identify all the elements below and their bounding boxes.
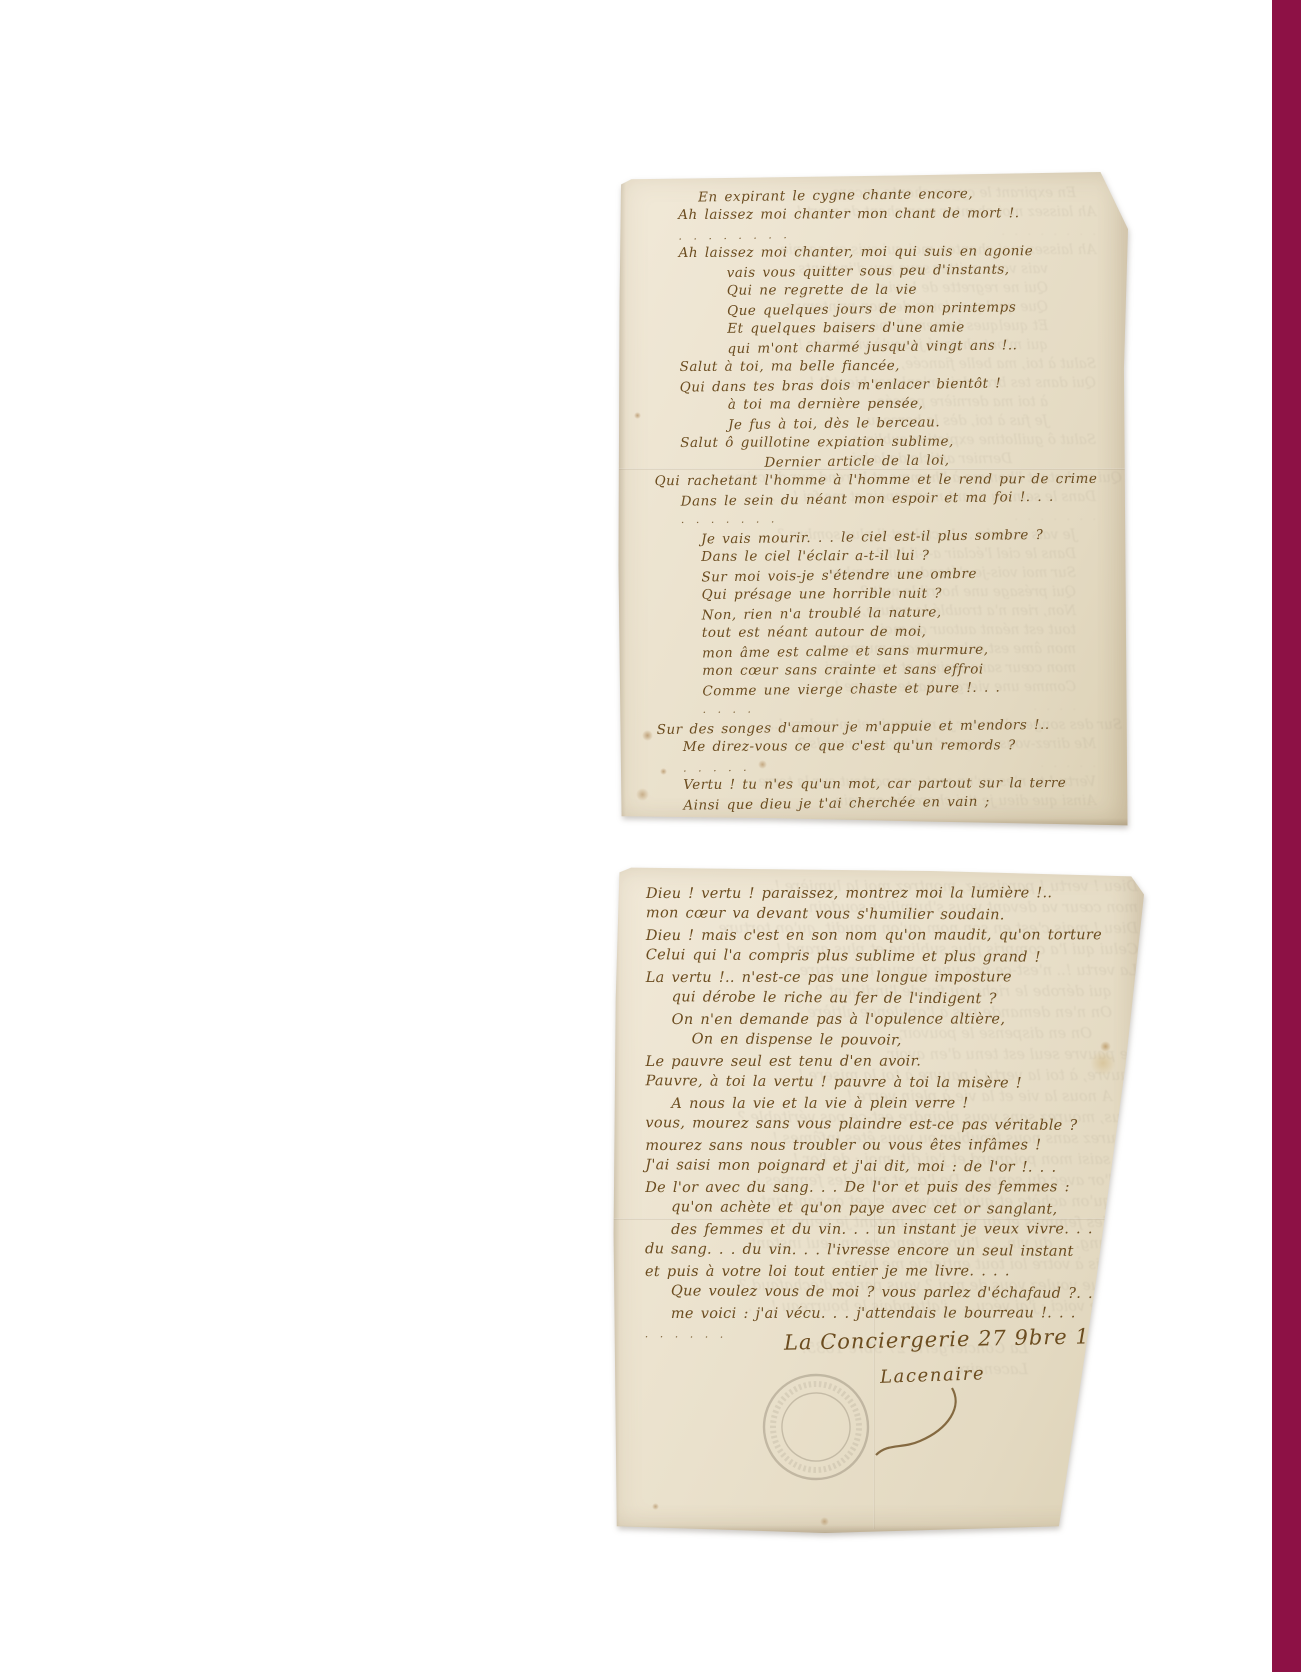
paper-sheet: Dieu ! vertu ! paraissez, montrez moi la…	[612, 865, 1144, 1535]
catalog-photo-canvas: En expirant le cygne chante encore,Ah la…	[0, 0, 1301, 1672]
foxing-spot	[820, 1517, 829, 1526]
manuscript-line: Pauvre, à toi la vertu ! pauvre à toi la…	[645, 1071, 1105, 1095]
handwritten-text-block: En expirant le cygne chante encore,Ah la…	[652, 184, 1100, 815]
manuscript-leaf-1: En expirant le cygne chante encore,Ah la…	[618, 172, 1128, 828]
foxing-spot	[652, 1503, 659, 1510]
paper-sheet: En expirant le cygne chante encore,Ah la…	[618, 172, 1128, 828]
manuscript-leaf-2: Dieu ! vertu ! paraissez, montrez moi la…	[612, 865, 1144, 1535]
signature-flourish	[868, 1385, 964, 1459]
manuscript-line: On n'en demande pas à l'opulence altière…	[672, 1009, 1106, 1031]
foxing-spot	[634, 412, 641, 419]
prison-stamp-icon	[750, 1361, 883, 1494]
manuscript-line: A nous la vie et la vie à plein verre !	[671, 1093, 1105, 1115]
manuscript-line: des femmes et du vin. . . un instant je …	[671, 1219, 1105, 1241]
manuscript-line: La vertu !.. n'est-ce pas une longue imp…	[646, 967, 1106, 989]
manuscript-line: De l'or avec du sang. . . De l'or et pui…	[645, 1177, 1105, 1199]
manuscript-line: Le pauvre seul est tenu d'en avoir.	[646, 1051, 1106, 1073]
manuscript-line: qui dérobe le riche au fer de l'indigent…	[672, 987, 1106, 1011]
manuscript-line: vous, mourez sans vous plaindre est-ce p…	[645, 1113, 1105, 1137]
manuscript-line: Ainsi que dieu je t'ai cherchée en vain …	[683, 791, 1100, 815]
manuscript-line: Que voulez vous de moi ? vous parlez d'é…	[671, 1281, 1105, 1305]
manuscript-line: On en dispense le pouvoir,	[692, 1029, 1106, 1053]
manuscript-line: du sang. . . du vin. . . l'ivresse encor…	[645, 1239, 1105, 1263]
manuscript-line: mon cœur va devant vous s'humilier souda…	[646, 903, 1106, 927]
manuscript-line: et puis à votre loi tout entier je me li…	[645, 1261, 1105, 1283]
foxing-spot	[636, 788, 649, 801]
foxing-spot	[642, 730, 653, 741]
accent-bar	[1272, 0, 1301, 1672]
manuscript-line: J'ai saisi mon poignard et j'ai dit, moi…	[645, 1155, 1105, 1179]
manuscript-line: mourez sans nous troubler ou vous êtes i…	[645, 1135, 1105, 1157]
manuscript-line: me voici : j'ai vécu. . . j'attendais le…	[671, 1303, 1105, 1325]
manuscript-line: Celui qui l'a compris plus sublime et pl…	[646, 945, 1106, 969]
foxing-spot	[1112, 1183, 1120, 1191]
handwritten-text-block: Dieu ! vertu ! paraissez, montrez moi la…	[645, 883, 1106, 1346]
manuscript-line: Dieu ! vertu ! paraissez, montrez moi la…	[646, 883, 1106, 905]
manuscript-line: qu'on achète et qu'on paye avec cet or s…	[671, 1197, 1105, 1221]
manuscript-line: Dieu ! mais c'est en son nom qu'on maudi…	[646, 925, 1106, 947]
